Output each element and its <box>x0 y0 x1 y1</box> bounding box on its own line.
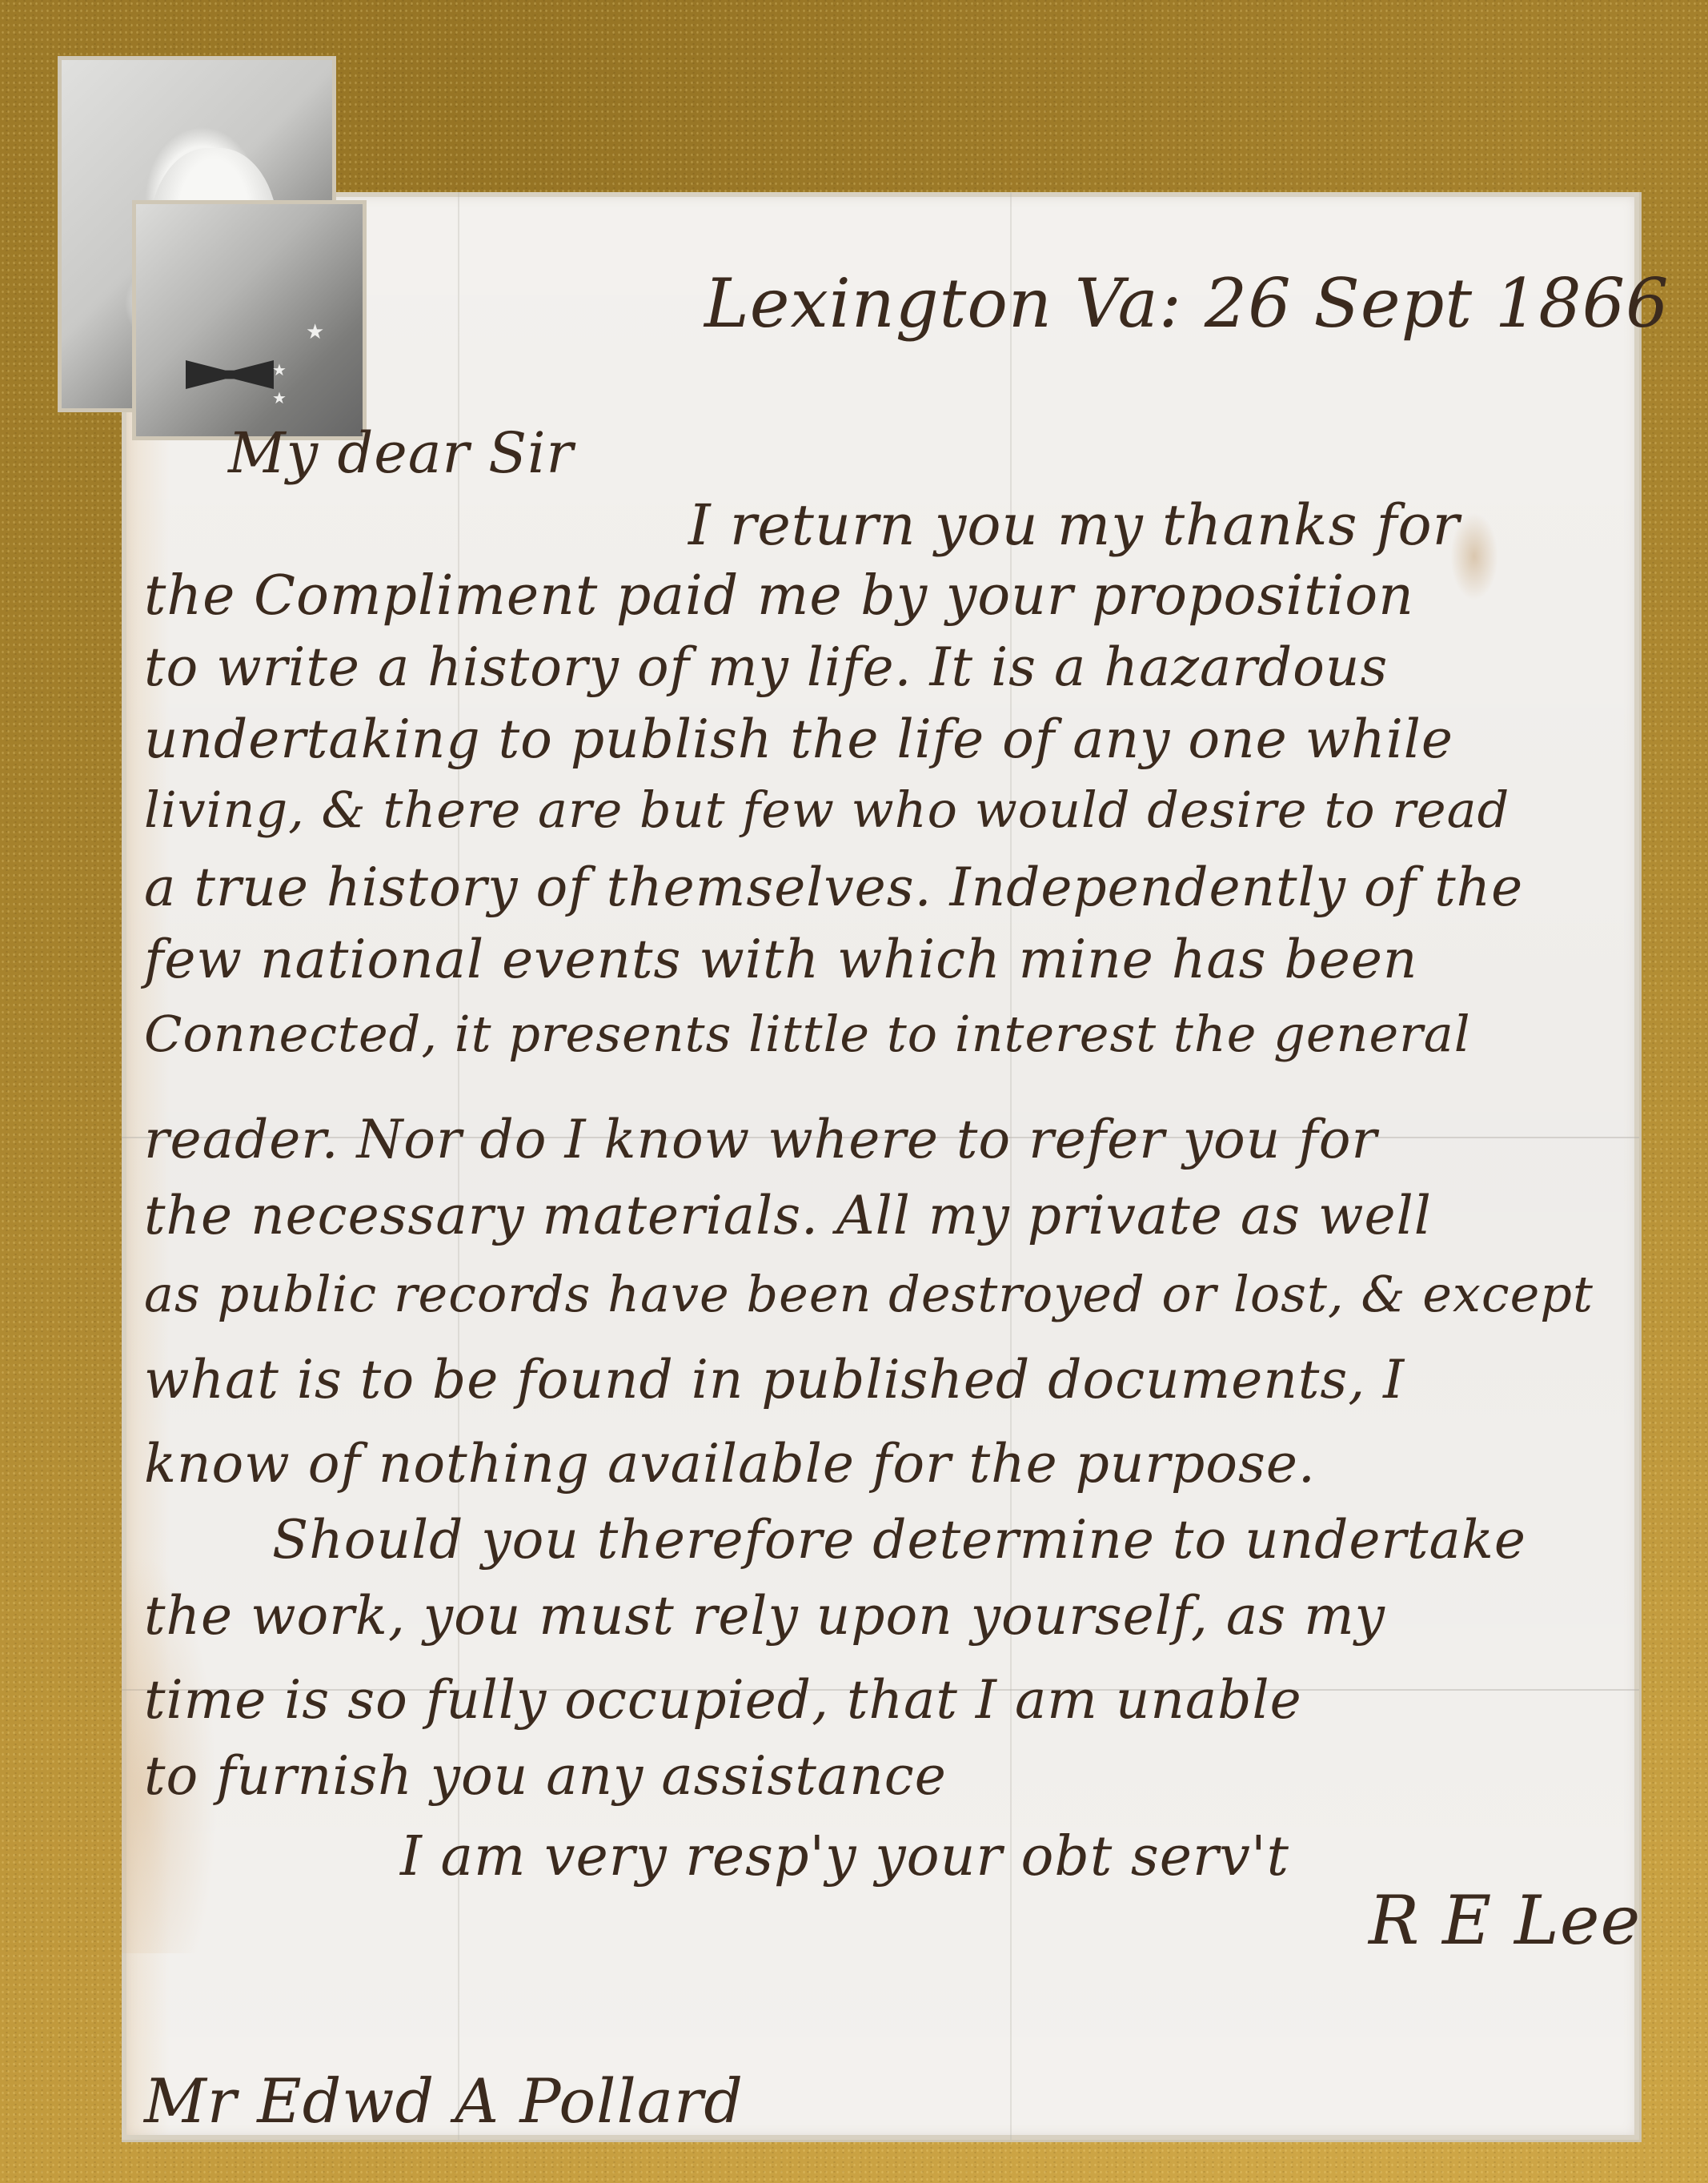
letter-line: know of nothing available for the purpos… <box>144 1433 1316 1495</box>
letter-line: few national events with which mine has … <box>144 929 1417 990</box>
letter-line: the Compliment paid me by your propositi… <box>144 564 1414 628</box>
letter-line: Should you therefore determine to undert… <box>272 1509 1526 1571</box>
salutation: My dear Sir <box>228 420 574 486</box>
letter-line: to write a history of my life. It is a h… <box>144 636 1388 698</box>
star-icon: ★ <box>272 360 287 379</box>
dateline: Lexington Va: 26 Sept 1866 <box>704 264 1670 343</box>
star-icon: ★ <box>306 320 324 344</box>
addressee: Mr Edwd A Pollard <box>144 2065 744 2137</box>
portrait-photo: ★ ★ ★ <box>58 56 359 432</box>
letter-line: what is to be found in published documen… <box>144 1349 1405 1411</box>
letter-line: time is so fully occupied, that I am una… <box>144 1669 1302 1731</box>
star-icon: ★ <box>272 388 287 407</box>
letter-line: as public records have been destroyed or… <box>144 1265 1594 1323</box>
letter-line: undertaking to publish the life of any o… <box>144 708 1453 770</box>
letter-line: to furnish you any assistance <box>144 1745 947 1807</box>
letter-line: reader. Nor do I know where to refer you… <box>144 1109 1377 1170</box>
letter-line: a true history of themselves. Independen… <box>144 857 1523 918</box>
letter-line: I return you my thanks for <box>688 492 1460 558</box>
letter-line: the work, you must rely upon yourself, a… <box>144 1585 1385 1647</box>
letter-line: living, & there are but few who would de… <box>144 781 1510 839</box>
closing: I am very resp'y your obt serv't <box>400 1825 1289 1888</box>
letter-line: the necessary materials. All my private … <box>144 1185 1432 1246</box>
letter-line: Connected, it presents little to interes… <box>144 1005 1471 1063</box>
portrait-lower <box>132 200 367 440</box>
signature: R E Lee <box>1369 1881 1641 1960</box>
